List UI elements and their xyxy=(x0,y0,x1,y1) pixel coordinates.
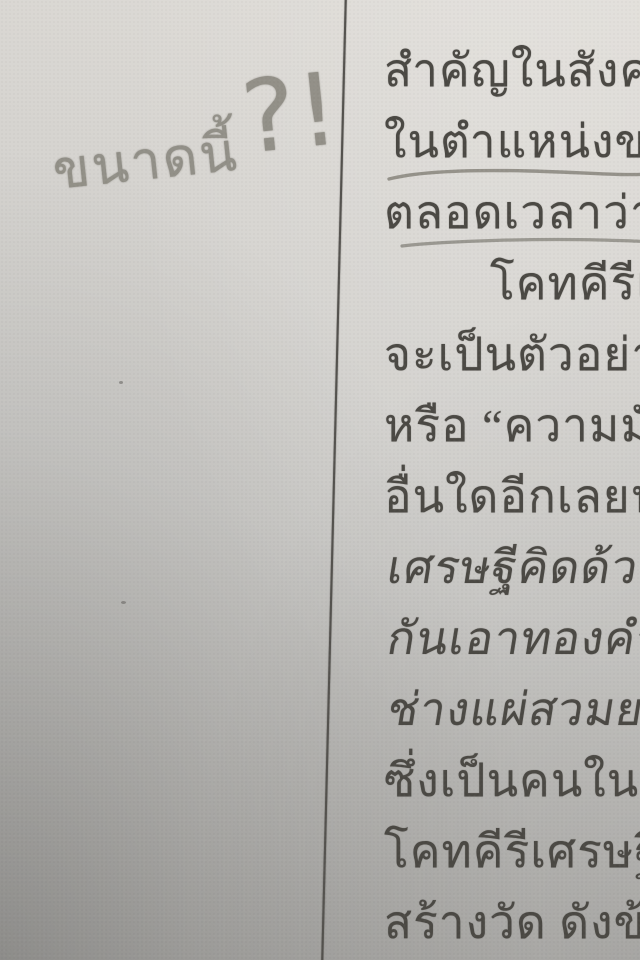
text-line-6: หรือ “ความมั่งคั่ง xyxy=(384,379,640,450)
text-line-12: โคทคีรีเศรษฐี เมื่อ xyxy=(384,805,640,876)
book-page-photo: ขนาดนี้ ?! สำคัญในสังคมจึง ในตำแหน่งของเ… xyxy=(0,0,640,960)
text-line-4: โคทคีรีเศรษฐี xyxy=(384,237,640,308)
paper-speck xyxy=(121,601,126,604)
text-line-2: ในตำแหน่งของเขา xyxy=(384,95,640,166)
text-line-1: สำคัญในสังคมจึง xyxy=(384,24,640,95)
text-line-8: เศรษฐีคิดด้วยพระ xyxy=(384,521,640,592)
paper-speck xyxy=(119,381,123,384)
printed-text-column: สำคัญในสังคมจึง ในตำแหน่งของเขา ตลอดเวลา… xyxy=(384,24,640,947)
text-line-9: กันเอาทองคำคน xyxy=(384,592,640,663)
text-line-13: สร้างวัด ดังข้อความ xyxy=(384,876,640,947)
text-line-11: ซึ่งเป็นคนในบังคับ xyxy=(384,734,640,805)
text-line-7: อื่นใดอีกเลยนอกจาก xyxy=(384,450,640,521)
text-line-5: จะเป็นตัวอย่างที่ดี xyxy=(384,308,640,379)
handwritten-question-exclamation: ?! xyxy=(237,59,344,169)
handwritten-annotation: ขนาดนี้ ?! xyxy=(44,57,347,213)
text-line-10: ช่างแผ่สวมยอดพระ xyxy=(384,663,640,734)
text-line-3: ตลอดเวลาว่าบุญ xyxy=(384,166,640,237)
photo-content: ขนาดนี้ ?! สำคัญในสังคมจึง ในตำแหน่งของเ… xyxy=(0,0,640,960)
handwritten-word: ขนาดนี้ xyxy=(48,108,242,213)
